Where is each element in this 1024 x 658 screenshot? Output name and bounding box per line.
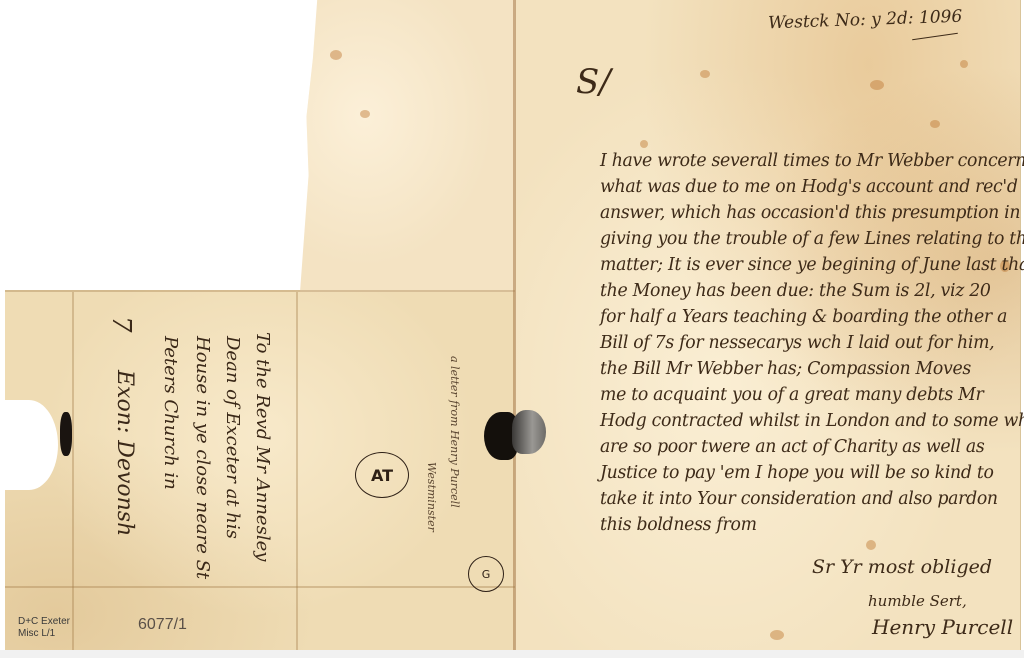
salutation: S/ xyxy=(576,62,611,102)
postmark-stamp-secondary: G xyxy=(468,556,504,592)
body-line: what was due to me on Hodg's account and… xyxy=(600,174,1020,200)
body-line: matter; It is ever since ye begining of … xyxy=(600,252,1020,278)
body-line: this boldness from xyxy=(600,512,1020,538)
address-line: Dean of Exceter at his xyxy=(222,336,243,539)
address-line: Exon: Devonsh xyxy=(112,370,137,536)
address-flourish: 7 xyxy=(106,316,136,333)
closing-line: humble Sert, xyxy=(868,592,967,610)
stain xyxy=(640,140,648,148)
archive-label: D+C Exeter Misc L/1 xyxy=(18,616,70,640)
fold-line xyxy=(5,290,515,292)
top-flap-paper xyxy=(300,0,515,292)
body-line: take it into Your consideration and also… xyxy=(600,486,1020,512)
body-line: Justice to pay 'em I hope you will be so… xyxy=(600,460,1020,486)
signature: Henry Purcell xyxy=(872,615,1013,639)
body-line: Bill of 7s for nessecarys wch I laid out… xyxy=(600,330,1020,356)
body-line: are so poor twere an act of Charity as w… xyxy=(600,434,1020,460)
stain xyxy=(700,70,710,78)
archive-label-line: Misc L/1 xyxy=(18,628,70,640)
body-line: I have wrote severall times to Mr Webber… xyxy=(600,148,1020,174)
stain xyxy=(870,80,884,90)
bottom-margin xyxy=(0,650,1024,658)
body-line: giving you the trouble of a few Lines re… xyxy=(600,226,1020,252)
body-line: answer, which has occasion'd this presum… xyxy=(600,200,1020,226)
stain xyxy=(866,540,876,550)
endorsement-line: a letter from Henry Purcell xyxy=(448,356,461,508)
seal-remnant-left xyxy=(60,412,72,456)
stain xyxy=(330,50,342,60)
archive-label-line: D+C Exeter xyxy=(18,616,70,628)
postmark-stamp: AT xyxy=(355,452,409,498)
address-line: Peters Church in xyxy=(160,336,181,490)
stain xyxy=(770,630,784,640)
body-line: the Money has been due: the Sum is 2l, v… xyxy=(600,278,1020,304)
wax-seal xyxy=(484,410,546,462)
stain xyxy=(960,60,968,68)
letter-body: I have wrote severall times to Mr Webber… xyxy=(600,148,1020,538)
fold-line xyxy=(296,292,298,650)
fold-line xyxy=(5,586,515,588)
body-line: Hodg contracted whilst in London and to … xyxy=(600,408,1020,434)
endorsement-line: Westminster xyxy=(425,462,438,532)
fold-line xyxy=(72,292,74,650)
address-line: To the Revd Mr Annesley xyxy=(252,332,273,561)
body-line: the Bill Mr Webber has; Compassion Moves xyxy=(600,356,1020,382)
address-line: House in ye close neare St xyxy=(192,336,213,579)
torn-hole xyxy=(0,400,58,490)
stain xyxy=(930,120,940,128)
address-block: To the Revd Mr Annesley Dean of Exceter … xyxy=(92,300,292,570)
body-line: for half a Years teaching & boarding the… xyxy=(600,304,1020,330)
body-line: me to acquaint you of a great many debts… xyxy=(600,382,1020,408)
stain xyxy=(360,110,370,118)
archive-number: 6077/1 xyxy=(138,616,187,634)
closing-line: Sr Yr most obliged xyxy=(812,556,992,578)
fold-line xyxy=(513,0,516,650)
